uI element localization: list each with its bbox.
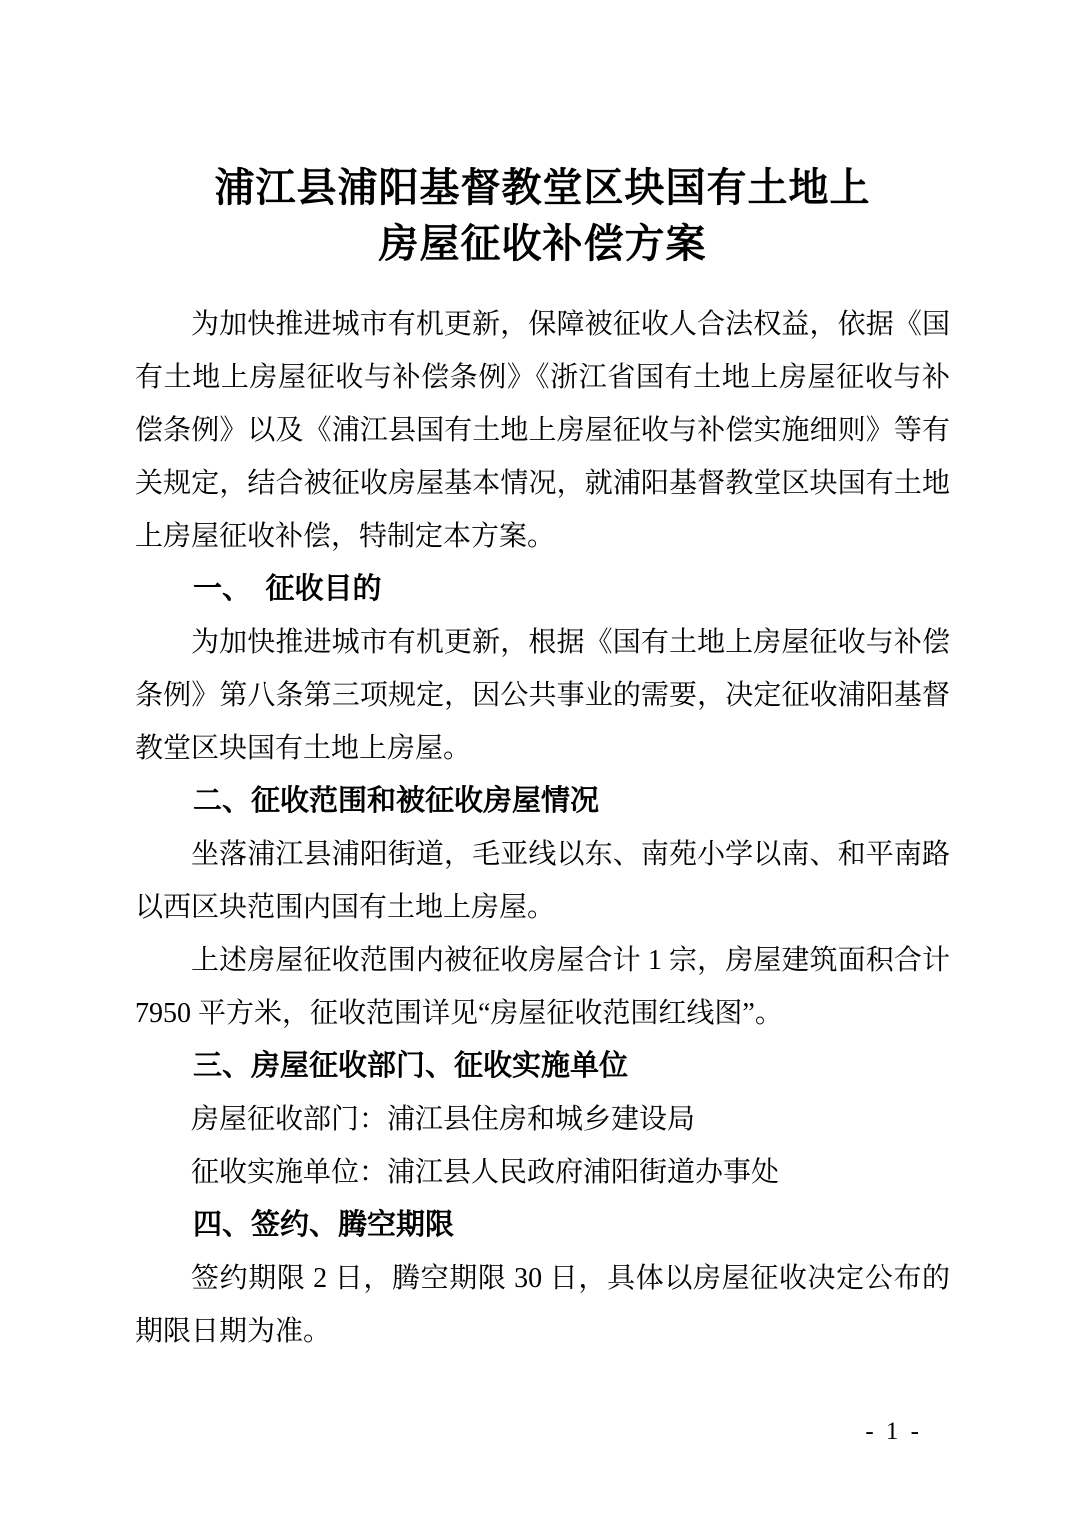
section-2-paragraph-1: 坐落浦江县浦阳街道，毛亚线以东、南苑小学以南、和平南路以西区块范围内国有土地上房… bbox=[135, 828, 950, 934]
section-4-heading: 四、签约、腾空期限 bbox=[135, 1199, 950, 1252]
document-body: 为加快推进城市有机更新，保障被征收人合法权益，依据《国有土地上房屋征收与补偿条例… bbox=[135, 298, 950, 1358]
title-line-1: 浦江县浦阳基督教堂区块国有土地上 bbox=[135, 160, 950, 216]
implementation-unit-line: 征收实施单位：浦江县人民政府浦阳街道办事处 bbox=[135, 1146, 950, 1199]
expropriation-department-line: 房屋征收部门：浦江县住房和城乡建设局 bbox=[135, 1093, 950, 1146]
intro-paragraph: 为加快推进城市有机更新，保障被征收人合法权益，依据《国有土地上房屋征收与补偿条例… bbox=[135, 298, 950, 563]
section-3-heading: 三、房屋征收部门、征收实施单位 bbox=[135, 1040, 950, 1093]
section-4-paragraph: 签约期限 2 日，腾空期限 30 日，具体以房屋征收决定公布的期限日期为准。 bbox=[135, 1252, 950, 1358]
page-number: - 1 - bbox=[865, 1418, 922, 1446]
section-2-paragraph-2: 上述房屋征收范围内被征收房屋合计 1 宗，房屋建筑面积合计 7950 平方米，征… bbox=[135, 934, 950, 1040]
title-line-2: 房屋征收补偿方案 bbox=[135, 216, 950, 272]
document-content: 浦江县浦阳基督教堂区块国有土地上 房屋征收补偿方案 为加快推进城市有机更新，保障… bbox=[0, 0, 1080, 1358]
document-page: 浦江县浦阳基督教堂区块国有土地上 房屋征收补偿方案 为加快推进城市有机更新，保障… bbox=[0, 0, 1080, 1527]
document-title: 浦江县浦阳基督教堂区块国有土地上 房屋征收补偿方案 bbox=[135, 160, 950, 272]
section-1-paragraph: 为加快推进城市有机更新，根据《国有土地上房屋征收与补偿条例》第八条第三项规定，因… bbox=[135, 616, 950, 775]
section-2-heading: 二、征收范围和被征收房屋情况 bbox=[135, 775, 950, 828]
section-1-heading: 一、 征收目的 bbox=[135, 563, 950, 616]
